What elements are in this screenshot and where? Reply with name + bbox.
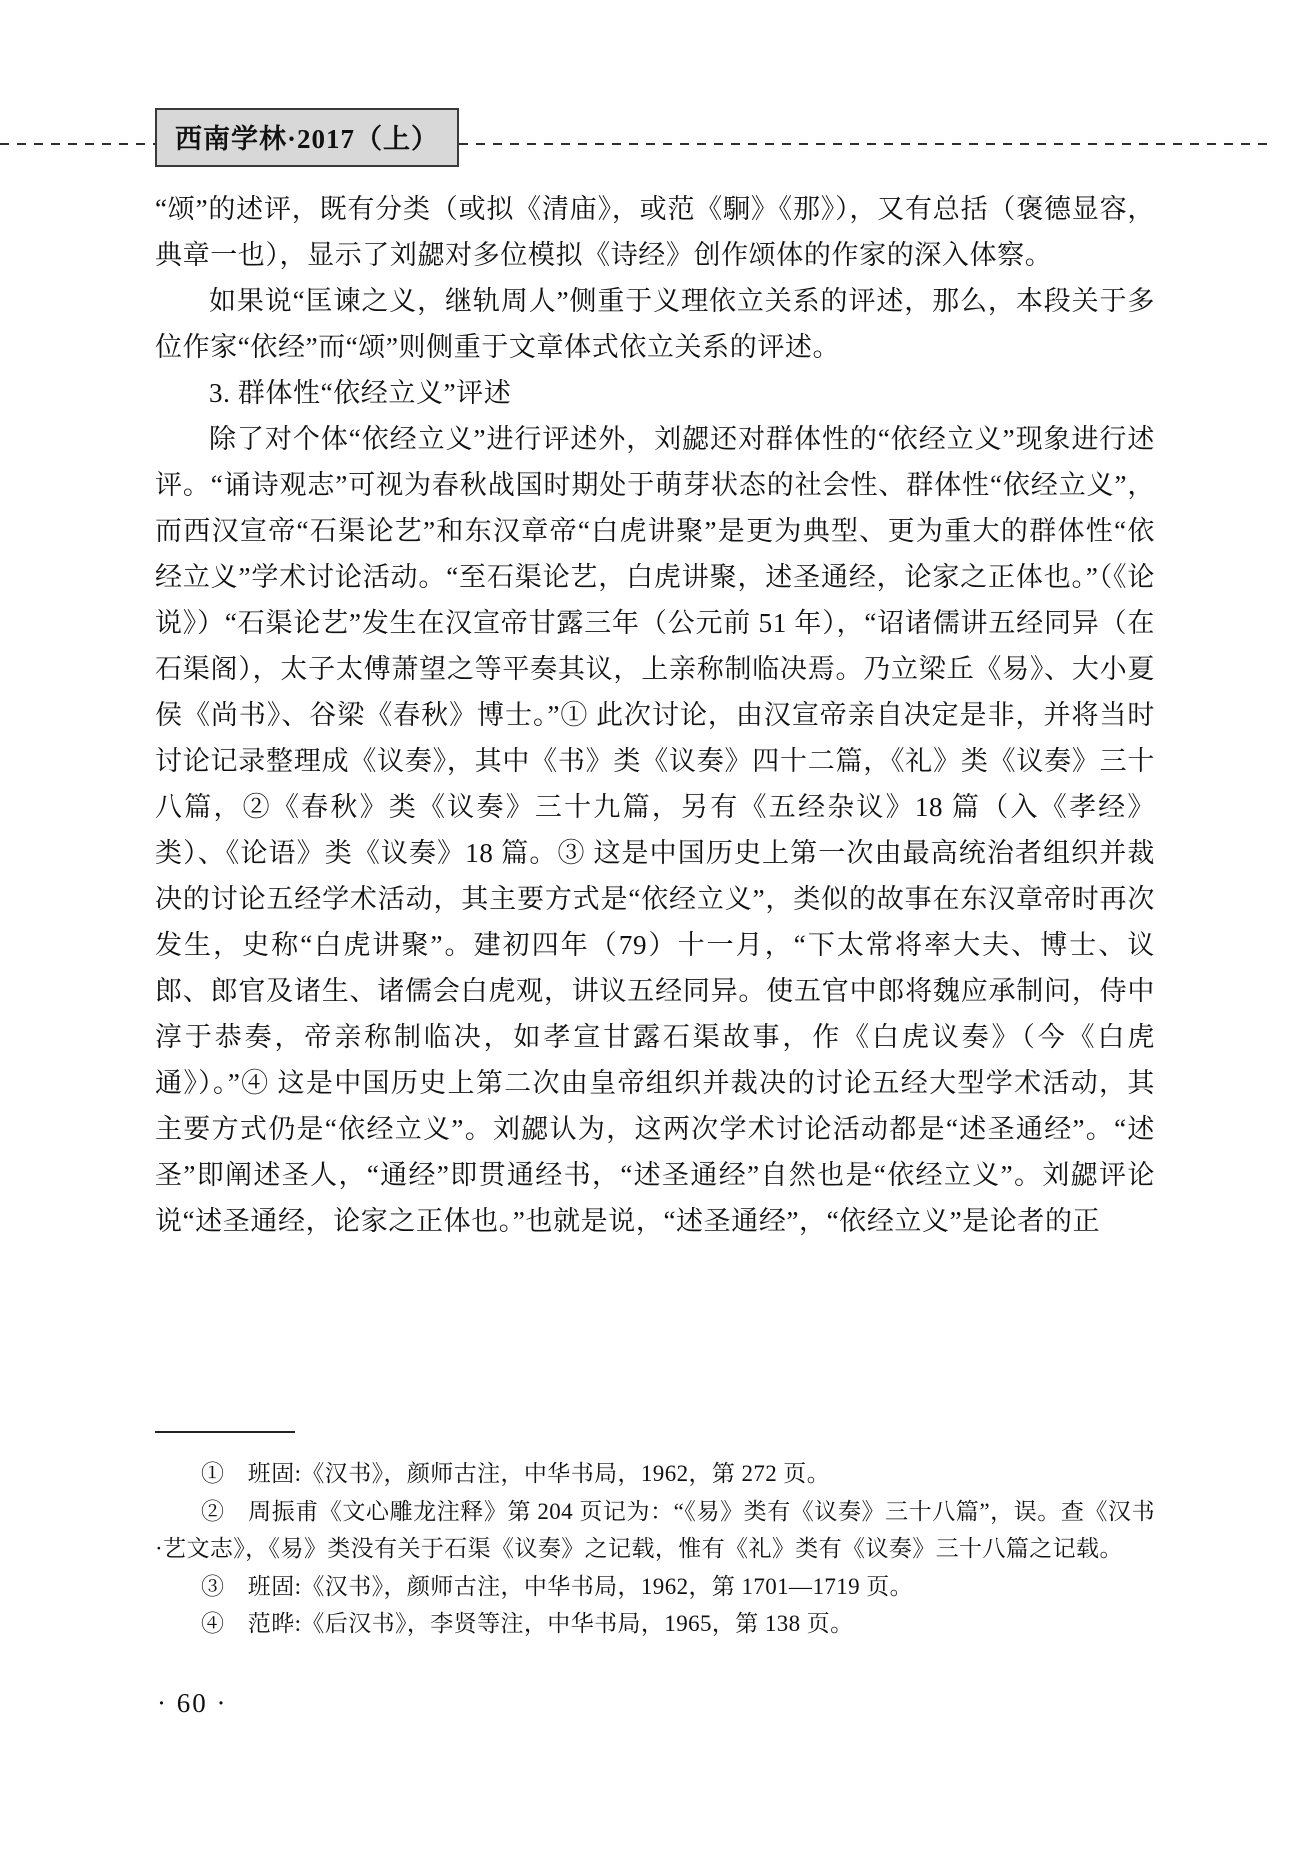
footnote-4: ④ 范晔:《后汉书》，李贤等注，中华书局，1965，第 138 页。 [155, 1605, 1155, 1643]
paragraph: 除了对个体“依经立义”进行评述外，刘勰还对群体性的“依经立义”现象进行述评。“诵… [155, 416, 1155, 1244]
section-heading: 3. 群体性“依经立义”评述 [155, 370, 1155, 416]
page-number: · 60 · [157, 1688, 227, 1719]
document-page: 西南学林·2017（上） “颂”的述评，既有分类（或拟《清庙》，或范《駉》《那》… [0, 0, 1307, 1859]
paragraph: 如果说“匡谏之义，继轨周人”侧重于义理依立关系的评述，那么，本段关于多位作家“依… [155, 278, 1155, 370]
footnotes-section: ① 班固:《汉书》，颜师古注，中华书局，1962，第 272 页。 ② 周振甫《… [155, 1455, 1155, 1643]
footnote-1: ① 班固:《汉书》，颜师古注，中华书局，1962，第 272 页。 [155, 1455, 1155, 1493]
article-body: “颂”的述评，既有分类（或拟《清庙》，或范《駉》《那》），又有总括（褒德显容，典… [155, 186, 1155, 1244]
journal-title: 西南学林·2017（上） [175, 124, 439, 154]
paragraph-continuation: “颂”的述评，既有分类（或拟《清庙》，或范《駉》《那》），又有总括（褒德显容，典… [155, 186, 1155, 278]
running-header-box: 西南学林·2017（上） [155, 108, 459, 167]
footnote-divider-line [155, 1431, 295, 1433]
footnote-3: ③ 班固:《汉书》，颜师古注，中华书局，1962，第 1701—1719 页。 [155, 1568, 1155, 1606]
footnote-2: ② 周振甫《文心雕龙注释》第 204 页记为：“《易》类有《议奏》三十八篇”，误… [155, 1493, 1155, 1568]
